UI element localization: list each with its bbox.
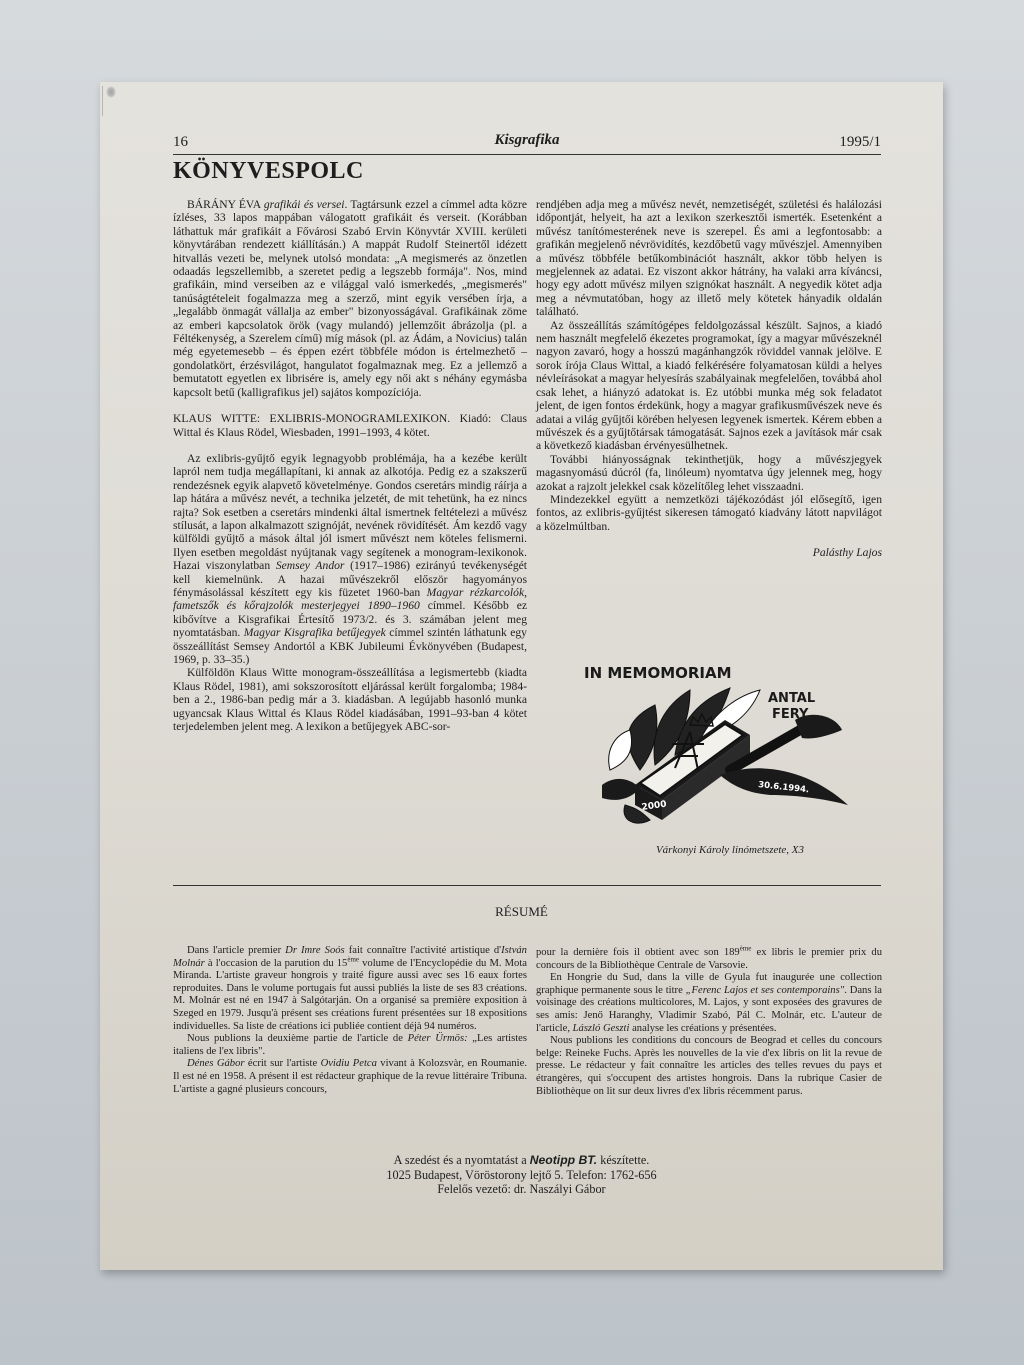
- paragraph: Az összeállítás számítógépes feldolgozás…: [536, 319, 882, 453]
- right-column: rendjében adja meg a művész nevét, nemze…: [536, 198, 882, 560]
- resume-paragraph: Dans l'article premier Dr Imre Soós fait…: [173, 945, 527, 1033]
- resume-paragraph: En Hongrie du Sud, dans la ville de Gyul…: [536, 972, 882, 1035]
- text-run: à l'occasion de la parution du 15: [205, 958, 348, 969]
- italic-run: Ovidiu Petca: [321, 1058, 377, 1069]
- text-run: fait connaître l'activité artistique d': [345, 945, 501, 956]
- imprint-line-3: Felelős vezető: dr. Naszályi Gábor: [100, 1182, 943, 1197]
- magazine-page: 16 Kisgrafika 1995/1 KÖNYVESPOLC BÁRÁNY …: [100, 82, 943, 1270]
- resume-paragraph: Dénes Gábor écrit sur l'artiste Ovidiu P…: [173, 1058, 527, 1096]
- section-title: KÖNYVESPOLC: [173, 158, 364, 185]
- resume-left-column: Dans l'article premier Dr Imre Soós fait…: [173, 945, 527, 1096]
- text-run: Dans l'article premier: [187, 945, 285, 956]
- imprint: A szedést és a nyomtatást a Neotipp BT. …: [100, 1153, 943, 1197]
- review-witte-paragraph-2: Külföldön Klaus Witte monogram-összeállí…: [173, 666, 527, 733]
- image-caption: Várkonyi Károly linómetszete, X3: [580, 844, 880, 856]
- resume-paragraph: Nous publions les conditions du concours…: [536, 1035, 882, 1098]
- imprint-line-2: 1025 Budapest, Vöröstorony lejtő 5. Tele…: [100, 1168, 943, 1183]
- resume-title: RÉSUMÉ: [100, 904, 943, 920]
- exlibris-text-in-memoriam: IN MEMOMORIAM: [584, 664, 732, 682]
- issue-number: 1995/1: [839, 134, 881, 151]
- text-run: écrit sur l'artiste: [245, 1058, 321, 1069]
- paragraph: Mindezekkel együtt a nemzetközi tájékozó…: [536, 493, 882, 533]
- text-run: Nous publions la deuxième partie de l'ar…: [187, 1033, 408, 1044]
- review-witte-paragraph: Az exlibris-gyűjtő egyik legnagyobb prob…: [173, 452, 527, 667]
- review-book-title: grafikái és versei: [264, 198, 345, 211]
- superscript: ème: [347, 955, 359, 963]
- running-header: 16 Kisgrafika 1995/1: [173, 132, 881, 155]
- italic-run: Dr Imre Soós: [285, 945, 345, 956]
- review-author: BÁRÁNY ÉVA: [187, 198, 261, 211]
- paper-edge-mark: [102, 86, 103, 116]
- italic-run: Semsey Andor: [276, 559, 345, 572]
- review-witte-heading: KLAUS WITTE: EXLIBRIS-MONOGRAMLEXIKON. K…: [173, 412, 527, 439]
- paragraph: További hiányosságnak tekinthetjük, hogy…: [536, 453, 882, 493]
- resume-paragraph: pour la dernière fois il obtient avec so…: [536, 947, 882, 972]
- text-run: Az exlibris-gyűjtő egyik legnagyobb prob…: [173, 452, 527, 572]
- superscript: ème: [740, 944, 752, 952]
- exlibris-name-line1: ANTAL: [768, 691, 815, 706]
- ink-smudge: [106, 86, 116, 98]
- resume-paragraph: Nous publions la deuxième partie de l'ar…: [173, 1033, 527, 1058]
- paragraph: rendjében adja meg a művész nevét, nemze…: [536, 198, 882, 319]
- section-divider: [173, 885, 881, 886]
- italic-run: László Geszti: [573, 1023, 630, 1034]
- review-body: . Tagtársunk ezzel a címmel adta közre í…: [173, 198, 527, 399]
- exlibris-linocut-image: IN MEMOMORIAM ANTAL FERY 2000: [580, 660, 870, 832]
- magazine-name: Kisgrafika: [173, 132, 881, 149]
- italic-run: Dénes Gábor: [187, 1058, 245, 1069]
- resume-right-column: pour la dernière fois il obtient avec so…: [536, 947, 882, 1098]
- printer-brand: Neotipp BT.: [530, 1153, 597, 1167]
- review-barany-eva: BÁRÁNY ÉVA grafikái és versei. Tagtársun…: [173, 198, 527, 399]
- italic-run: Péter Ürmös:: [408, 1033, 468, 1044]
- italic-run: Magyar Kisgrafika betűjegyek: [244, 626, 386, 639]
- author-signature: Palásthy Lajos: [536, 546, 882, 559]
- imprint-line-1: A szedést és a nyomtatást a Neotipp BT. …: [100, 1153, 943, 1168]
- italic-run: „Ferenc Lajos et ses contemporains": [686, 985, 845, 996]
- text-run: pour la dernière fois il obtient avec so…: [536, 947, 740, 958]
- left-column: BÁRÁNY ÉVA grafikái és versei. Tagtársun…: [173, 198, 527, 733]
- text-run: A szedést és a nyomtatást a: [394, 1153, 530, 1167]
- text-run: készítette.: [597, 1153, 649, 1167]
- text-run: analyse les créations y présentées.: [629, 1023, 776, 1034]
